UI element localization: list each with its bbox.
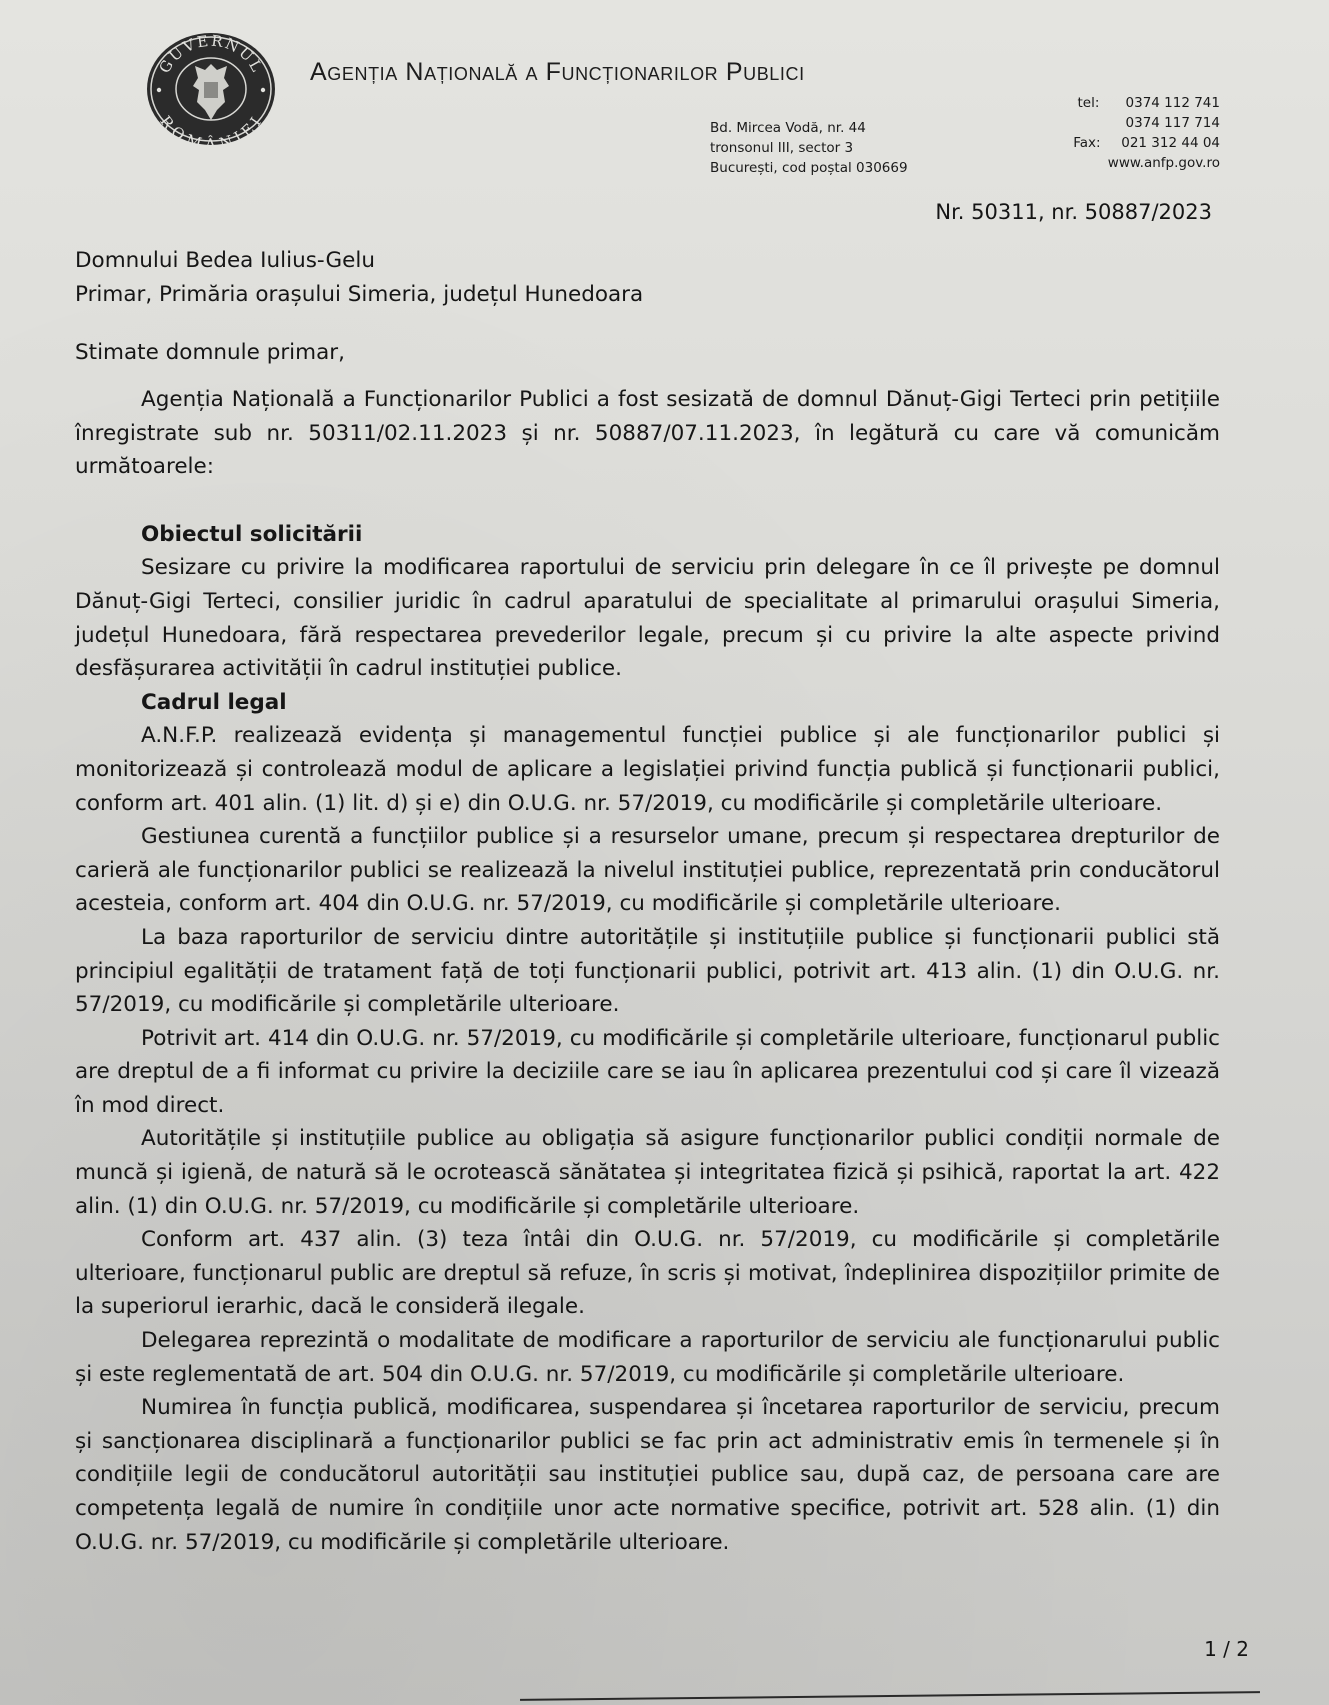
paragraph: Conform art. 437 alin. (3) teza întâi di…	[75, 1223, 1220, 1324]
letter-page: GUVERNUL ROMÂNIEI Agenția Națională a Fu…	[0, 0, 1329, 1705]
addressee-block: Domnului Bedea Iulius-Gelu Primar, Primă…	[75, 244, 1220, 311]
paragraph: Autoritățile și instituțiile publice au …	[75, 1122, 1220, 1223]
website: www.anfp.gov.ro	[1108, 155, 1220, 171]
section-heading: Cadrul legal	[75, 686, 1220, 720]
addressee-name: Domnului Bedea Iulius-Gelu	[75, 244, 1220, 278]
paragraph: Potrivit art. 414 din O.U.G. nr. 57/2019…	[75, 1022, 1220, 1123]
paragraph: Numirea în funcția publică, modificarea,…	[75, 1391, 1220, 1559]
letter-content: Agenția Națională a Funcționarilor Publi…	[75, 383, 1220, 1559]
agency-contact: tel:0374 112 741 0374 117 714 Fax:021 31…	[1030, 93, 1220, 173]
paragraph: Delegarea reprezintă o modalitate de mod…	[75, 1324, 1220, 1391]
addressee-title: Primar, Primăria orașului Simeria, județ…	[75, 278, 1220, 312]
registration-number: Nr. 50311, nr. 50887/2023	[935, 200, 1212, 224]
government-seal-icon: GUVERNUL ROMÂNIEI	[143, 30, 279, 148]
agency-address: Bd. Mircea Vodă, nr. 44 tronsonul III, s…	[710, 118, 908, 178]
page-number: 1 / 2	[1204, 1637, 1249, 1661]
address-line: București, cod poștal 030669	[710, 158, 908, 178]
tel-number: 0374 117 714	[1126, 115, 1220, 131]
address-line: tronsonul III, sector 3	[710, 138, 908, 158]
paragraph: Gestiunea curentă a funcțiilor publice ș…	[75, 820, 1220, 921]
salutation: Stimate domnule primar,	[75, 336, 1220, 370]
footer-divider	[520, 1691, 1260, 1701]
tel-number: 0374 112 741	[1126, 95, 1220, 111]
paragraph: Sesizare cu privire la modificarea rapor…	[75, 551, 1220, 685]
agency-name: Agenția Națională a Funcționarilor Publi…	[310, 58, 805, 87]
tel-label: tel:	[1078, 93, 1126, 113]
intro-paragraph: Agenția Națională a Funcționarilor Publi…	[75, 383, 1220, 484]
address-line: Bd. Mircea Vodă, nr. 44	[710, 118, 908, 138]
paragraph: A.N.F.P. realizează evidența și manageme…	[75, 719, 1220, 820]
section-heading: Obiectul solicitării	[75, 518, 1220, 552]
fax-label: Fax:	[1073, 133, 1121, 153]
paragraph: La baza raporturilor de serviciu dintre …	[75, 921, 1220, 1022]
fax-number: 021 312 44 04	[1121, 135, 1220, 151]
